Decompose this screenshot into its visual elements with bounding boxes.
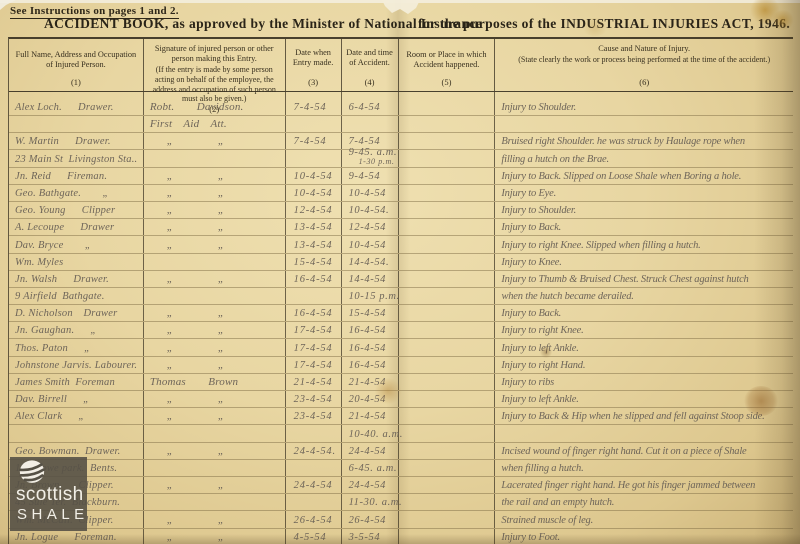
signature-cell: [144, 425, 286, 441]
entry-date-cell: [286, 288, 342, 304]
name-cell: Alex Loch. Drawer.: [9, 92, 144, 115]
watermark-text-scottish: scottish: [16, 484, 84, 506]
page-title-act: for the purposes of the INDUSTRIAL INJUR…: [418, 16, 790, 32]
table-row: W. Martin Drawer. „ „ 7-4-54 7-4-54 Brui…: [9, 133, 793, 150]
signature-cell: [144, 288, 286, 304]
entry-date-cell: [286, 460, 342, 476]
name-cell: Dav. Bryce „: [9, 236, 144, 252]
cause-cell: Injury to right Knee. Slipped when filli…: [495, 236, 793, 252]
place-cell: [399, 92, 496, 115]
place-cell: [399, 271, 496, 287]
place-cell: [399, 425, 496, 441]
cause-cell: Injury to left Ankle.: [495, 339, 793, 355]
table-row: 9 Airfield Bathgate. 10-15 p.m. when the…: [9, 288, 793, 305]
cause-cell: Injury to right Hand.: [495, 357, 793, 373]
place-cell: [399, 236, 496, 252]
name-cell: D. Nicholson Drawer: [9, 305, 144, 321]
cause-cell: filling a hutch on the Brae.: [495, 150, 793, 166]
table-row: Alex Clark „ „ „ 23-4-54 21-4-54 Injury …: [9, 408, 793, 425]
accident-date-cell: 10-15 p.m.: [342, 288, 399, 304]
scottish-shale-watermark: scottish SHALE: [10, 457, 87, 531]
signature-cell: „ „: [144, 219, 286, 235]
watermark-text-shale: SHALE: [17, 506, 89, 523]
accident-date-cell: 16-4-54: [342, 322, 399, 338]
entry-date-cell: [286, 425, 342, 441]
accident-date-cell: 26-4-54: [342, 511, 399, 527]
accident-date-cell: 15-4-54: [342, 305, 399, 321]
cause-cell: Injury to Back & Hip when he slipped and…: [495, 408, 793, 424]
table-header: Full Name, Address and Occupation of Inj…: [9, 39, 793, 92]
accident-date-cell: 24-4-54: [342, 477, 399, 493]
table-row: Johnstone Jarvis. Labourer. „ „ 17-4-54 …: [9, 357, 793, 374]
table-row: Geo. Bowman. Drawer. „ „ 24-4-54. 24-4-5…: [9, 443, 793, 460]
entry-date-cell: 24-4-54: [286, 477, 342, 493]
table-row: A. Lecoupe Drawer „ „ 13-4-54 12-4-54 In…: [9, 219, 793, 236]
accident-date-cell: 16-4-54: [342, 357, 399, 373]
table-row: Wm. Myles 15-4-54 14-4-54. Injury to Kne…: [9, 254, 793, 271]
place-cell: [399, 339, 496, 355]
signature-cell: „ „: [144, 185, 286, 201]
place-cell: [399, 150, 496, 166]
place-cell: [399, 185, 496, 201]
table-row: 14 Knowe park. Bents. 6-45. a.m. when fi…: [9, 460, 793, 477]
entry-date-cell: [286, 150, 342, 166]
place-cell: [399, 254, 496, 270]
place-cell: [399, 168, 496, 184]
cause-cell: [495, 425, 793, 441]
accident-date-cell: 9-4-54: [342, 168, 399, 184]
accident-date-cell: 16-4-54: [342, 339, 399, 355]
signature-cell: First Aid Att.: [144, 116, 286, 132]
table-row: D. Nicholson Drawer „ „ 16-4-54 15-4-54 …: [9, 305, 793, 322]
signature-cell: „ „: [144, 443, 286, 459]
cause-cell: Injury to Knee.: [495, 254, 793, 270]
signature-cell: „ „: [144, 322, 286, 338]
table-row: 10-40. a.m.: [9, 425, 793, 442]
page-title: ACCIDENT BOOK, as approved by the Minist…: [44, 16, 482, 32]
table-row: Geo. Young Clipper „ „ 12-4-54 10-4-54. …: [9, 202, 793, 219]
table-row: Jn. Reid Fireman. „ „ 10-4-54 9-4-54 Inj…: [9, 168, 793, 185]
accident-date-cell: 12-4-54: [342, 219, 399, 235]
accident-date-cell: 21-4-54: [342, 374, 399, 390]
signature-cell: [144, 494, 286, 510]
cause-cell: Injury to Thumb & Bruised Chest. Struck …: [495, 271, 793, 287]
name-cell: Johnstone Jarvis. Labourer.: [9, 357, 144, 373]
name-cell: [9, 425, 144, 441]
entry-date-cell: 16-4-54: [286, 271, 342, 287]
accident-date-cell: 10-40. a.m.: [342, 425, 399, 441]
name-cell: Dav. Birrell „: [9, 391, 144, 407]
signature-cell: „ „: [144, 236, 286, 252]
place-cell: [399, 374, 496, 390]
entry-date-cell: 13-4-54: [286, 219, 342, 235]
entry-date-cell: 7-4-54: [286, 133, 342, 149]
entry-date-cell: 24-4-54.: [286, 443, 342, 459]
cause-cell: Injury to right Knee.: [495, 322, 793, 338]
table-row: James Smith Foreman Thomas Brown 21-4-54…: [9, 374, 793, 391]
cause-cell: Injury to Back.: [495, 305, 793, 321]
header-signature: Signature of injured person or other per…: [144, 39, 286, 91]
place-cell: [399, 391, 496, 407]
place-cell: [399, 494, 496, 510]
table-row: Jn. Gaughan. „ „ „ 17-4-54 16-4-54 Injur…: [9, 322, 793, 339]
signature-cell: „ „: [144, 511, 286, 527]
signature-cell: „ „: [144, 133, 286, 149]
signature-cell: „ „: [144, 339, 286, 355]
accident-date-cell: 11-30. a.m.: [342, 494, 399, 510]
signature-cell: [144, 150, 286, 166]
cause-cell: Injury to Eye.: [495, 185, 793, 201]
accident-date-cell: 14-4-54.: [342, 254, 399, 270]
table-row: Alex Loch. Drawer. Robt. Davidson. 7-4-5…: [9, 92, 793, 116]
cause-cell: when the hutch became derailed.: [495, 288, 793, 304]
signature-cell: [144, 460, 286, 476]
entry-date-cell: 17-4-54: [286, 357, 342, 373]
cause-cell: Lacerated finger right hand. He got his …: [495, 477, 793, 493]
cause-cell: Injury to ribs: [495, 374, 793, 390]
cause-cell: Injury to left Ankle.: [495, 391, 793, 407]
entry-date-cell: 13-4-54: [286, 236, 342, 252]
accident-date-cell: 10-4-54.: [342, 202, 399, 218]
signature-cell: „ „: [144, 408, 286, 424]
table-row: Geo. Bathgate. „ „ „ 10-4-54 10-4-54 Inj…: [9, 185, 793, 202]
page-bottom-shadow: [0, 534, 800, 544]
entry-date-cell: 26-4-54: [286, 511, 342, 527]
place-cell: [399, 116, 496, 132]
accident-book-page: See Instructions on pages 1 and 2. ACCID…: [0, 0, 800, 544]
table-row: 45 Sule Ter. Blackburn. 11-30. a.m. the …: [9, 494, 793, 511]
entry-date-cell: 17-4-54: [286, 322, 342, 338]
name-cell: Jn. Gaughan. „: [9, 322, 144, 338]
header-place: Room or Place in which Accident happened…: [399, 39, 496, 91]
entry-date-cell: 15-4-54: [286, 254, 342, 270]
entry-date-cell: [286, 494, 342, 510]
entry-date-cell: 21-4-54: [286, 374, 342, 390]
cause-cell: [495, 116, 793, 132]
signature-cell: „ „: [144, 357, 286, 373]
header-name: Full Name, Address and Occupation of Inj…: [9, 39, 144, 91]
table-body: Alex Loch. Drawer. Robt. Davidson. 7-4-5…: [9, 92, 793, 544]
name-cell: Geo. Bathgate. „: [9, 185, 144, 201]
table-row: Dav. Birrell „ „ „ 23-4-54 20-4-54 Injur…: [9, 391, 793, 408]
header-entry-date: Date when Entry made. (3): [286, 39, 342, 91]
signature-cell: Robt. Davidson.: [144, 92, 286, 115]
accident-date-cell: 24-4-54: [342, 443, 399, 459]
entry-date-cell: 10-4-54: [286, 185, 342, 201]
accident-date-cell: 6-4-54: [342, 92, 399, 115]
signature-cell: [144, 254, 286, 270]
signature-cell: „ „: [144, 391, 286, 407]
place-cell: [399, 443, 496, 459]
signature-cell: „ „: [144, 271, 286, 287]
place-cell: [399, 288, 496, 304]
cause-cell: Incised wound of finger right hand. Cut …: [495, 443, 793, 459]
cause-cell: Injury to Back.: [495, 219, 793, 235]
table-row: Wm. McCall. Clipper. „ „ 26-4-54 26-4-54…: [9, 511, 793, 528]
name-cell: W. Martin Drawer.: [9, 133, 144, 149]
accident-date-cell: 10-4-54: [342, 236, 399, 252]
accident-date-cell: 6-45. a.m.: [342, 460, 399, 476]
entry-date-cell: 10-4-54: [286, 168, 342, 184]
place-cell: [399, 322, 496, 338]
signature-cell: „ „: [144, 202, 286, 218]
entry-date-cell: 12-4-54: [286, 202, 342, 218]
table-row: Dav. Bryce „ „ „ 13-4-54 10-4-54 Injury …: [9, 236, 793, 253]
header-cause: Cause and Nature of Injury. (State clear…: [495, 39, 793, 91]
cause-cell: Strained muscle of leg.: [495, 511, 793, 527]
name-cell: A. Lecoupe Drawer: [9, 219, 144, 235]
table-row: Thos. Paton „ „ „ 17-4-54 16-4-54 Injury…: [9, 339, 793, 356]
cause-cell: Bruised right Shoulder. he was struck by…: [495, 133, 793, 149]
name-cell: Alex Clark „: [9, 408, 144, 424]
place-cell: [399, 460, 496, 476]
cause-cell: Injury to Shoulder.: [495, 202, 793, 218]
name-cell: Jn. Reid Fireman.: [9, 168, 144, 184]
name-cell: James Smith Foreman: [9, 374, 144, 390]
entry-date-cell: 23-4-54: [286, 391, 342, 407]
header-accident-date: Date and time of Accident. (4): [342, 39, 399, 91]
name-cell: 9 Airfield Bathgate.: [9, 288, 144, 304]
signature-cell: Thomas Brown: [144, 374, 286, 390]
name-cell: Wm. Myles: [9, 254, 144, 270]
shale-globe-icon: [15, 459, 49, 486]
cause-cell: Injury to Back. Slipped on Loose Shale w…: [495, 168, 793, 184]
table-row: Jn. Walsh Drawer. „ „ 16-4-54 14-4-54 In…: [9, 271, 793, 288]
table-row: Jn. Brown. Clipper. „ „ 24-4-54 24-4-54 …: [9, 477, 793, 494]
name-cell: Thos. Paton „: [9, 339, 144, 355]
name-cell: 23 Main St Livingston Sta..: [9, 150, 144, 166]
name-cell: Jn. Walsh Drawer.: [9, 271, 144, 287]
table-row: First Aid Att.: [9, 116, 793, 133]
accident-date-cell: 21-4-54: [342, 408, 399, 424]
accident-date-cell: 20-4-54: [342, 391, 399, 407]
accident-table: Full Name, Address and Occupation of Inj…: [8, 37, 793, 544]
entry-date-cell: [286, 116, 342, 132]
signature-cell: „ „: [144, 477, 286, 493]
place-cell: [399, 133, 496, 149]
place-cell: [399, 511, 496, 527]
name-cell: Geo. Young Clipper: [9, 202, 144, 218]
accident-date-cell: 10-4-54: [342, 185, 399, 201]
cause-cell: the rail and an empty hutch.: [495, 494, 793, 510]
signature-cell: „ „: [144, 168, 286, 184]
place-cell: [399, 357, 496, 373]
entry-date-cell: 16-4-54: [286, 305, 342, 321]
entry-date-cell: 17-4-54: [286, 339, 342, 355]
page-edge-shadow: [754, 0, 800, 544]
cause-cell: Injury to Shoulder.: [495, 92, 793, 115]
place-cell: [399, 408, 496, 424]
place-cell: [399, 305, 496, 321]
table-row: 23 Main St Livingston Sta.. 9-45. a.m. 1…: [9, 150, 793, 167]
signature-cell: „ „: [144, 305, 286, 321]
place-cell: [399, 219, 496, 235]
cause-cell: when filling a hutch.: [495, 460, 793, 476]
entry-date-cell: 23-4-54: [286, 408, 342, 424]
accident-date-cell: [342, 116, 399, 132]
place-cell: [399, 202, 496, 218]
entry-date-cell: 7-4-54: [286, 92, 342, 115]
place-cell: [399, 477, 496, 493]
accident-date-cell: 9-45. a.m. 1-30 p.m.: [342, 150, 399, 166]
accident-date-cell: 14-4-54: [342, 271, 399, 287]
name-cell: [9, 116, 144, 132]
